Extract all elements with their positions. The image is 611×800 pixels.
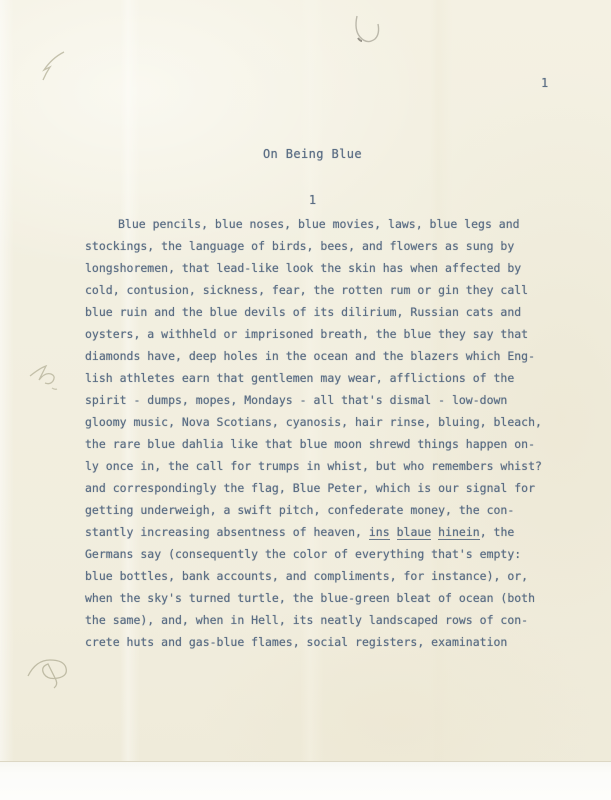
typescript-line: longshoremen, that lead-like look the sk… [85,257,565,279]
typescript-line: stockings, the language of birds, bees, … [85,235,565,257]
typescript-line: stantly increasing absentness of heaven,… [85,521,565,543]
page-number: 1 [541,76,548,90]
underlined-word: blaue [397,525,432,540]
typescript-line: gloomy music, Nova Scotians, cyanosis, h… [85,411,565,433]
typescript-line: ly once in, the call for trumps in whist… [85,455,565,477]
scanned-manuscript-page: 1 On Being Blue 1 Blue pencils, blue nos… [0,0,611,800]
scanner-background [0,762,611,800]
typescript-line: the same), and, when in Hell, its neatly… [85,609,565,631]
typescript-line: lish athletes earn that gentlemen may we… [85,367,565,389]
underlined-word: ins [369,525,390,540]
section-number: 1 [85,193,540,207]
document-title: On Being Blue [85,147,540,161]
typescript-line: when the sky's turned turtle, the blue-g… [85,587,565,609]
typescript-line: Germans say (consequently the color of e… [85,543,565,565]
typescript-line: getting underweigh, a swift pitch, confe… [85,499,565,521]
typescript-line: cold, contusion, sickness, fear, the rot… [85,279,565,301]
typescript-line: spirit - dumps, mopes, Mondays - all tha… [85,389,565,411]
underlined-word: hinein [438,525,480,540]
typescript-body: Blue pencils, blue noses, blue movies, l… [85,213,565,653]
typescript-line: Blue pencils, blue noses, blue movies, l… [85,213,565,235]
typescript-line: crete huts and gas-blue flames, social r… [85,631,565,653]
typescript-line: the rare blue dahlia like that blue moon… [85,433,565,455]
typescript-line: blue bottles, bank accounts, and complim… [85,565,565,587]
typescript-line: and correspondingly the flag, Blue Peter… [85,477,565,499]
typescript-line: diamonds have, deep holes in the ocean a… [85,345,565,367]
typescript-line: blue ruin and the blue devils of its dil… [85,301,565,323]
typescript-line: oysters, a withheld or imprisoned breath… [85,323,565,345]
